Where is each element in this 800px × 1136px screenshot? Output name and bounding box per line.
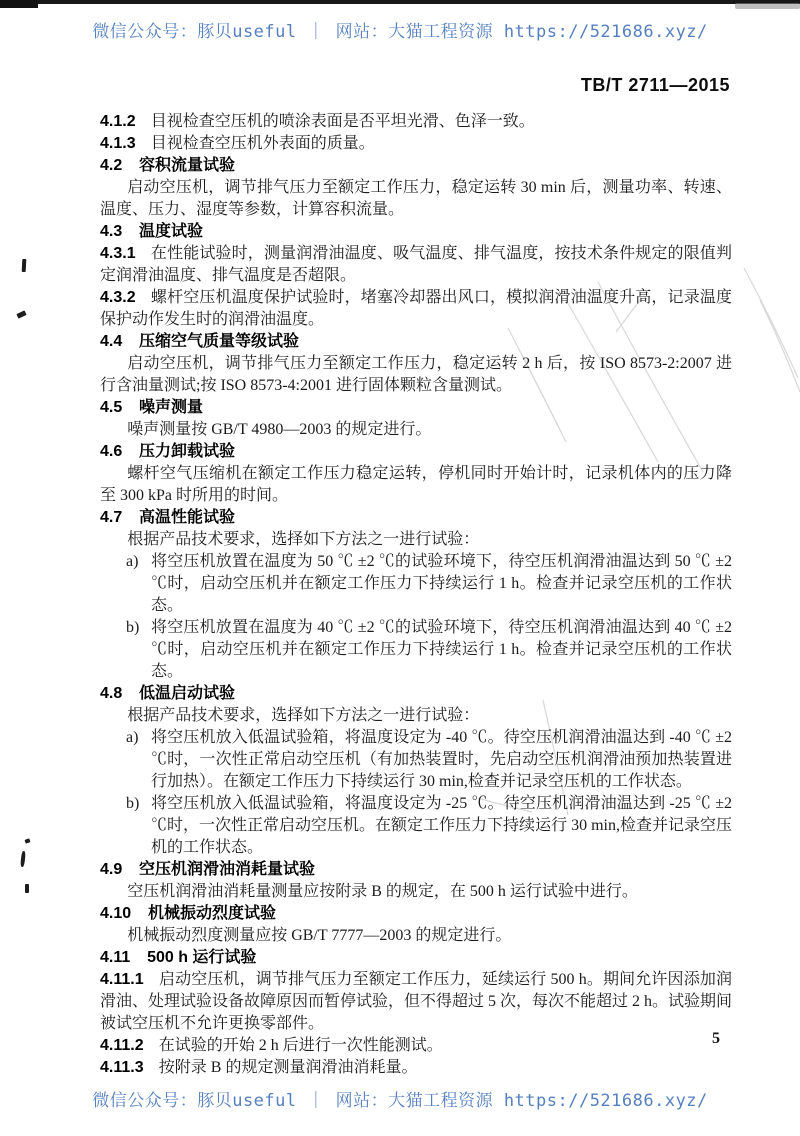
paragraph: 机械振动烈度测量应按 GB/T 7777—2003 的规定进行。	[100, 925, 732, 947]
scan-speck	[22, 259, 27, 272]
list-item: b)将空压机放入低温试验箱，将温度设定为 -25 ℃。待空压机润滑油温达到 -2…	[100, 793, 732, 859]
list-item: b)将空压机放置在温度为 40 ℃ ±2 ℃的试验环境下，待空压机润滑油温达到 …	[100, 617, 732, 683]
heading-text: 压缩空气质量等级试验	[139, 333, 299, 350]
footer-watermark: 微信公众号：豚贝useful ｜ 网站：大猫工程资源 https://52168…	[0, 1086, 800, 1111]
scan-speck	[25, 884, 29, 893]
paragraph: 螺杆空气压缩机在额定工作压力稳定运转，停机同时开始计时，记录机体内的压力降至 3…	[100, 463, 732, 507]
section-heading: 4.6压力卸载试验	[100, 441, 732, 463]
clause-number: 4.3.1	[100, 245, 136, 262]
body-text: 在性能试验时，测量润滑油温度、吸气温度、排气温度，按技术条件规定的限值判定润滑油…	[100, 245, 732, 284]
section-heading: 4.3温度试验	[100, 221, 732, 243]
body-text: 启动空压机，调节排气压力至额定工作压力，稳定运转 2 h 后，按 ISO 857…	[100, 353, 732, 397]
clause: 4.1.2目视检查空压机的喷涂表面是否平坦光滑、色泽一致。	[100, 111, 732, 133]
section-heading: 4.11500 h 运行试验	[100, 947, 732, 969]
body-text: 空压机润滑油消耗量测量应按附录 B 的规定，在 500 h 运行试验中进行。	[100, 881, 732, 903]
body-text: 将空压机放置在温度为 40 ℃ ±2 ℃的试验环境下，待空压机润滑油温达到 40…	[151, 619, 732, 680]
scan-artifact-top-left-corner	[0, 0, 38, 8]
clause-number: 4.9	[100, 861, 122, 878]
scan-speck	[20, 851, 26, 867]
paragraph: 启动空压机，调节排气压力至额定工作压力，稳定运转 2 h 后，按 ISO 857…	[100, 353, 732, 397]
section-heading: 4.4压缩空气质量等级试验	[100, 331, 732, 353]
clause-number: 4.3	[100, 223, 122, 240]
heading-text: 噪声测量	[139, 399, 203, 416]
body-text: 机械振动烈度测量应按 GB/T 7777—2003 的规定进行。	[100, 925, 732, 947]
clause-number: 4.11	[100, 949, 130, 966]
clause-number: 4.1.3	[100, 135, 136, 152]
clause-number: 4.11.3	[100, 1059, 144, 1076]
body-text: 将空压机放置在温度为 50 ℃ ±2 ℃的试验环境下，待空压机润滑油温达到 50…	[151, 553, 732, 614]
clause-number: 4.11.2	[100, 1037, 144, 1054]
list-marker: a)	[126, 727, 138, 749]
clause-number: 4.7	[100, 509, 122, 526]
section-heading: 4.10机械振动烈度试验	[100, 903, 732, 925]
list-marker: b)	[126, 617, 139, 639]
paragraph: 噪声测量按 GB/T 4980—2003 的规定进行。	[100, 419, 732, 441]
page-number: 5	[712, 1030, 720, 1048]
body-text: 将空压机放入低温试验箱，将温度设定为 -25 ℃。待空压机润滑油温达到 -25 …	[151, 795, 732, 856]
clause: 4.3.2螺杆空压机温度保护试验时，堵塞冷却器出风口，模拟润滑油温度升高，记录温…	[100, 287, 732, 331]
body-text: 启动空压机，调节排气压力至额定工作压力，延续运行 500 h。期间允许因添加润滑…	[100, 971, 732, 1032]
clause: 4.11.2在试验的开始 2 h 后进行一次性能测试。	[100, 1035, 732, 1057]
scan-speck	[24, 838, 30, 843]
body-text: 启动空压机，调节排气压力至额定工作压力，稳定运转 30 min 后，测量功率、转…	[100, 177, 732, 221]
body-text: 根据产品技术要求，选择如下方法之一进行试验：	[100, 529, 732, 551]
clause-number: 4.4	[100, 333, 122, 350]
heading-text: 机械振动烈度试验	[148, 905, 276, 922]
list-item: a)将空压机放入低温试验箱，将温度设定为 -40 ℃。待空压机润滑油温达到 -4…	[100, 727, 732, 793]
body-text: 目视检查空压机的喷涂表面是否平坦光滑、色泽一致。	[151, 113, 535, 130]
section-heading: 4.9空压机润滑油消耗量试验	[100, 859, 732, 881]
section-heading: 4.7高温性能试验	[100, 507, 732, 529]
clause: 4.11.3按附录 B 的规定测量润滑油消耗量。	[100, 1057, 732, 1079]
body-text: 噪声测量按 GB/T 4980—2003 的规定进行。	[100, 419, 732, 441]
document-number: TB/T 2711—2015	[581, 75, 730, 96]
body-text: 螺杆空压机温度保护试验时，堵塞冷却器出风口，模拟润滑油温度升高，记录温度保护动作…	[100, 289, 732, 328]
clause-number: 4.5	[100, 399, 122, 416]
clause-number: 4.11.1	[100, 971, 144, 988]
heading-text: 温度试验	[139, 223, 203, 240]
body-text: 螺杆空气压缩机在额定工作压力稳定运转，停机同时开始计时，记录机体内的压力降至 3…	[100, 463, 732, 507]
clause: 4.11.1启动空压机，调节排气压力至额定工作压力，延续运行 500 h。期间允…	[100, 969, 732, 1035]
paragraph: 根据产品技术要求，选择如下方法之一进行试验：	[100, 529, 732, 551]
section-heading: 4.8低温启动试验	[100, 683, 732, 705]
section-heading: 4.2容积流量试验	[100, 155, 732, 177]
header-watermark: 微信公众号：豚贝useful ｜ 网站：大猫工程资源 https://52168…	[0, 17, 800, 42]
paragraph: 启动空压机，调节排气压力至额定工作压力，稳定运转 30 min 后，测量功率、转…	[100, 177, 732, 221]
paragraph: 根据产品技术要求，选择如下方法之一进行试验：	[100, 705, 732, 727]
heading-text: 高温性能试验	[139, 509, 235, 526]
clause: 4.1.3目视检查空压机外表面的质量。	[100, 133, 732, 155]
clause-number: 4.2	[100, 157, 122, 174]
body-text: 将空压机放入低温试验箱，将温度设定为 -40 ℃。待空压机润滑油温达到 -40 …	[151, 729, 732, 790]
scan-artifact-top-edge	[0, 0, 800, 4]
scan-artifact-top-right-smudge	[735, 3, 800, 9]
list-marker: a)	[126, 551, 138, 573]
document-content: 4.1.2目视检查空压机的喷涂表面是否平坦光滑、色泽一致。4.1.3目视检查空压…	[100, 111, 732, 1079]
paragraph: 空压机润滑油消耗量测量应按附录 B 的规定，在 500 h 运行试验中进行。	[100, 881, 732, 903]
heading-text: 压力卸载试验	[139, 443, 235, 460]
section-heading: 4.5噪声测量	[100, 397, 732, 419]
clause-number: 4.3.2	[100, 289, 136, 306]
body-text: 根据产品技术要求，选择如下方法之一进行试验：	[100, 705, 732, 727]
heading-text: 500 h 运行试验	[147, 949, 256, 966]
body-text: 目视检查空压机外表面的质量。	[151, 135, 375, 152]
clause-number: 4.10	[100, 905, 131, 922]
heading-text: 空压机润滑油消耗量试验	[139, 861, 315, 878]
scan-speck	[16, 310, 26, 318]
clause-number: 4.1.2	[100, 113, 136, 130]
clause: 4.3.1在性能试验时，测量润滑油温度、吸气温度、排气温度，按技术条件规定的限值…	[100, 243, 732, 287]
list-item: a)将空压机放置在温度为 50 ℃ ±2 ℃的试验环境下，待空压机润滑油温达到 …	[100, 551, 732, 617]
clause-number: 4.8	[100, 685, 122, 702]
heading-text: 容积流量试验	[139, 157, 235, 174]
list-marker: b)	[126, 793, 139, 815]
clause-number: 4.6	[100, 443, 122, 460]
heading-text: 低温启动试验	[139, 685, 235, 702]
body-text: 按附录 B 的规定测量润滑油消耗量。	[159, 1059, 418, 1076]
body-text: 在试验的开始 2 h 后进行一次性能测试。	[159, 1037, 443, 1054]
